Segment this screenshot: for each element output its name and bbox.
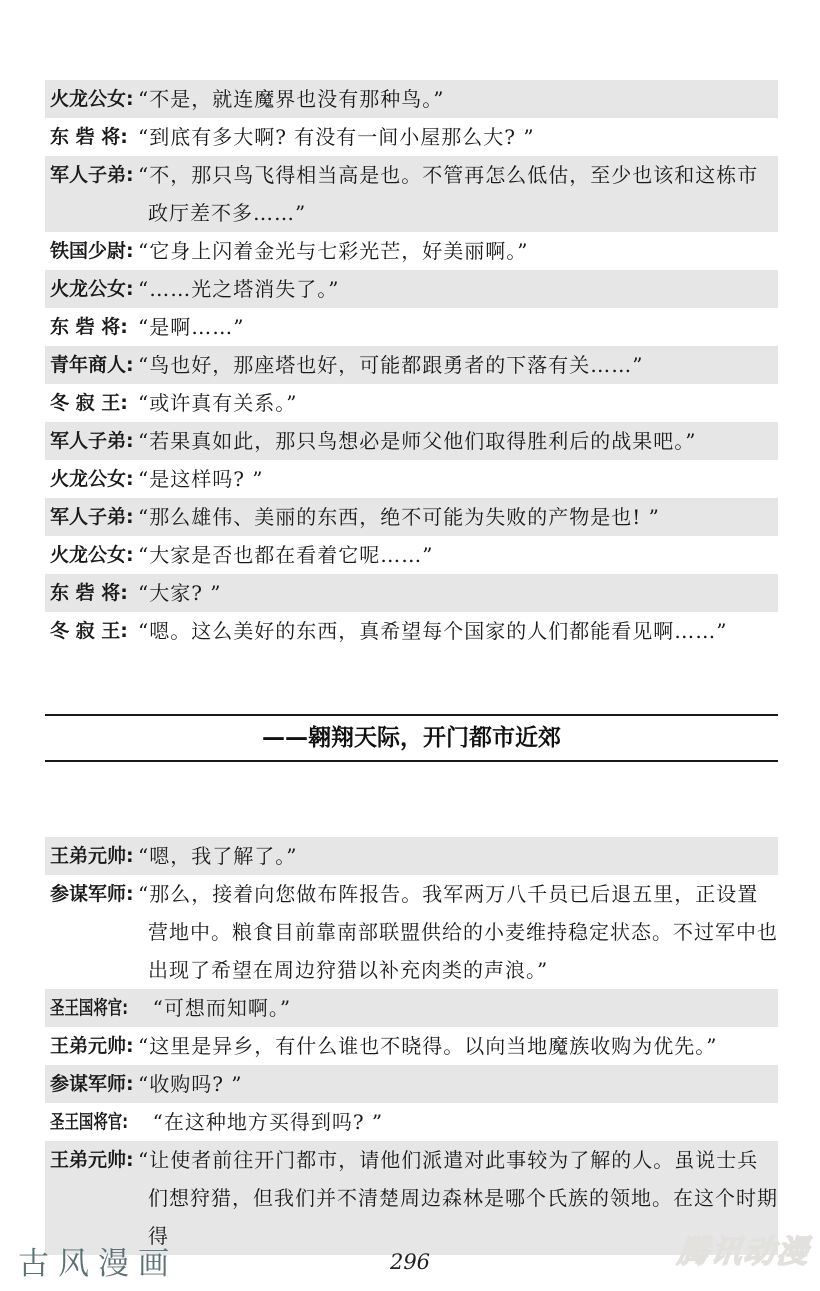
dialogue-text: “鸟也好，那座塔也好，可能都跟勇者的下落有关……” [138,346,778,384]
dialogue-text: “嗯，我了解了。” [138,837,778,875]
speaker-name: 东 砦 将: [50,308,138,346]
dialogue-row: 青年商人:“鸟也好，那座塔也好，可能都跟勇者的下落有关……” [45,346,778,384]
speaker-name: 铁国少尉: [50,232,138,270]
speaker-name: 圣王国将官: [50,1103,153,1141]
dialogue-text: “嗯。这么美好的东西，真希望每个国家的人们都能看见啊……” [138,612,778,650]
dialogue-row: 圣王国将官:“在这种地方买得到吗? ” [45,1103,778,1141]
dialogue-text: “这里是异乡，有什么谁也不晓得。以向当地魔族收购为优先。” [138,1027,778,1065]
speaker-name: 王弟元帅: [50,1027,138,1065]
speaker-name-text: 圣王国将官: [50,1103,128,1141]
speaker-name-text: 火龙公女: [50,270,134,308]
dialogue-row: 圣王国将官:“可想而知啊。” [45,989,778,1027]
dialogue-row: 火龙公女:“不是，就连魔界也没有那种鸟。” [45,80,778,118]
speaker-name: 军人子弟: [50,422,138,460]
dialogue-row: 火龙公女:“大家是否也都在看着它呢……” [45,536,778,574]
speaker-name: 青年商人: [50,346,138,384]
dialogue-text: “大家? ” [138,574,778,612]
dialogue-text: “在这种地方买得到吗? ” [153,1103,778,1141]
speaker-name-text: 参谋军师: [50,875,134,913]
dialogue-row: 东 砦 将:“到底有多大啊? 有没有一间小屋那么大? ” [45,118,778,156]
speaker-name-text: 军人子弟: [50,156,134,194]
speaker-name: 王弟元帅: [50,837,138,875]
section-title: ——翱翔天际，开门都市近郊 [45,725,778,751]
dialogue-text: “大家是否也都在看着它呢……” [138,536,778,574]
page-content: 火龙公女:“不是，就连魔界也没有那种鸟。”东 砦 将:“到底有多大啊? 有没有一… [45,80,778,1255]
speaker-name: 火龙公女: [50,460,138,498]
dialogue-block-2: 王弟元帅:“嗯，我了解了。”参谋军师:“那么，接着向您做布阵报告。我军两万八千员… [45,837,778,1255]
dialogue-text: “不，那只鸟飞得相当高是也。不管再怎么低估，至少也该和这栋市政厅差不多……” [138,156,778,232]
dialogue-text: “不是，就连魔界也没有那种鸟。” [138,80,778,118]
speaker-name: 参谋军师: [50,1065,138,1103]
speaker-name-text: 军人子弟: [50,422,134,460]
speaker-name: 火龙公女: [50,536,138,574]
dialogue-text: “那么，接着向您做布阵报告。我军两万八千员已后退五里，正设置营地中。粮食目前靠南… [138,875,778,989]
section-header: ——翱翔天际，开门都市近郊 [45,714,778,762]
dialogue-text: “或许真有关系。” [138,384,778,422]
speaker-name: 圣王国将官: [50,989,153,1027]
speaker-name-text: 火龙公女: [50,536,134,574]
dialogue-text: “收购吗? ” [138,1065,778,1103]
dialogue-text: “是啊……” [138,308,778,346]
dialogue-row: 冬 寂 王:“嗯。这么美好的东西，真希望每个国家的人们都能看见啊……” [45,612,778,650]
dialogue-row: 军人子弟:“若果真如此，那只鸟想必是师父他们取得胜利后的战果吧。” [45,422,778,460]
dialogue-text: “若果真如此，那只鸟想必是师父他们取得胜利后的战果吧。” [138,422,778,460]
dialogue-row: 东 砦 将:“是啊……” [45,308,778,346]
speaker-name-text: 王弟元帅: [50,837,134,875]
speaker-name: 参谋军师: [50,875,138,989]
dialogue-block-1: 火龙公女:“不是，就连魔界也没有那种鸟。”东 砦 将:“到底有多大啊? 有没有一… [45,80,778,650]
speaker-name-text: 军人子弟: [50,498,134,536]
speaker-name: 火龙公女: [50,80,138,118]
speaker-name: 军人子弟: [50,498,138,536]
speaker-name-text: 参谋军师: [50,1065,134,1103]
speaker-name-text: 王弟元帅: [50,1027,134,1065]
speaker-name: 东 砦 将: [50,118,138,156]
speaker-name-text: 王弟元帅: [50,1141,134,1179]
speaker-name-text: 铁国少尉: [50,232,134,270]
dialogue-row: 参谋军师:“那么，接着向您做布阵报告。我军两万八千员已后退五里，正设置营地中。粮… [45,875,778,989]
dialogue-text: “是这样吗? ” [138,460,778,498]
speaker-name-text: 圣王国将官: [50,989,128,1027]
speaker-name-text: 东 砦 将: [50,574,128,612]
dialogue-row: 火龙公女:“是这样吗? ” [45,460,778,498]
speaker-name-text: 东 砦 将: [50,308,128,346]
dialogue-row: 火龙公女:“……光之塔消失了。” [45,270,778,308]
dialogue-text: “可想而知啊。” [153,989,778,1027]
dialogue-row: 铁国少尉:“它身上闪着金光与七彩光芒，好美丽啊。” [45,232,778,270]
dialogue-text: “……光之塔消失了。” [138,270,778,308]
dialogue-text: “到底有多大啊? 有没有一间小屋那么大? ” [138,118,778,156]
speaker-name-text: 青年商人: [50,346,134,384]
watermark-tencent-comics: 腾讯动漫 [676,1226,813,1271]
speaker-name: 冬 寂 王: [50,384,138,422]
dialogue-row: 王弟元帅:“这里是异乡，有什么谁也不晓得。以向当地魔族收购为优先。” [45,1027,778,1065]
speaker-name-text: 火龙公女: [50,460,134,498]
speaker-name-text: 冬 寂 王: [50,384,128,422]
speaker-name: 军人子弟: [50,156,138,232]
dialogue-text: “它身上闪着金光与七彩光芒，好美丽啊。” [138,232,778,270]
speaker-name-text: 火龙公女: [50,80,134,118]
speaker-name: 东 砦 将: [50,574,138,612]
dialogue-text: “那么雄伟、美丽的东西，绝不可能为失败的产物是也! ” [138,498,778,536]
dialogue-row: 东 砦 将:“大家? ” [45,574,778,612]
speaker-name-text: 冬 寂 王: [50,612,128,650]
dialogue-row: 王弟元帅:“嗯，我了解了。” [45,837,778,875]
dialogue-row: 军人子弟:“不，那只鸟飞得相当高是也。不管再怎么低估，至少也该和这栋市政厅差不多… [45,156,778,232]
dialogue-row: 参谋军师:“收购吗? ” [45,1065,778,1103]
dialogue-row: 冬 寂 王:“或许真有关系。” [45,384,778,422]
speaker-name: 火龙公女: [50,270,138,308]
dialogue-row: 军人子弟:“那么雄伟、美丽的东西，绝不可能为失败的产物是也! ” [45,498,778,536]
speaker-name: 冬 寂 王: [50,612,138,650]
speaker-name-text: 东 砦 将: [50,118,128,156]
